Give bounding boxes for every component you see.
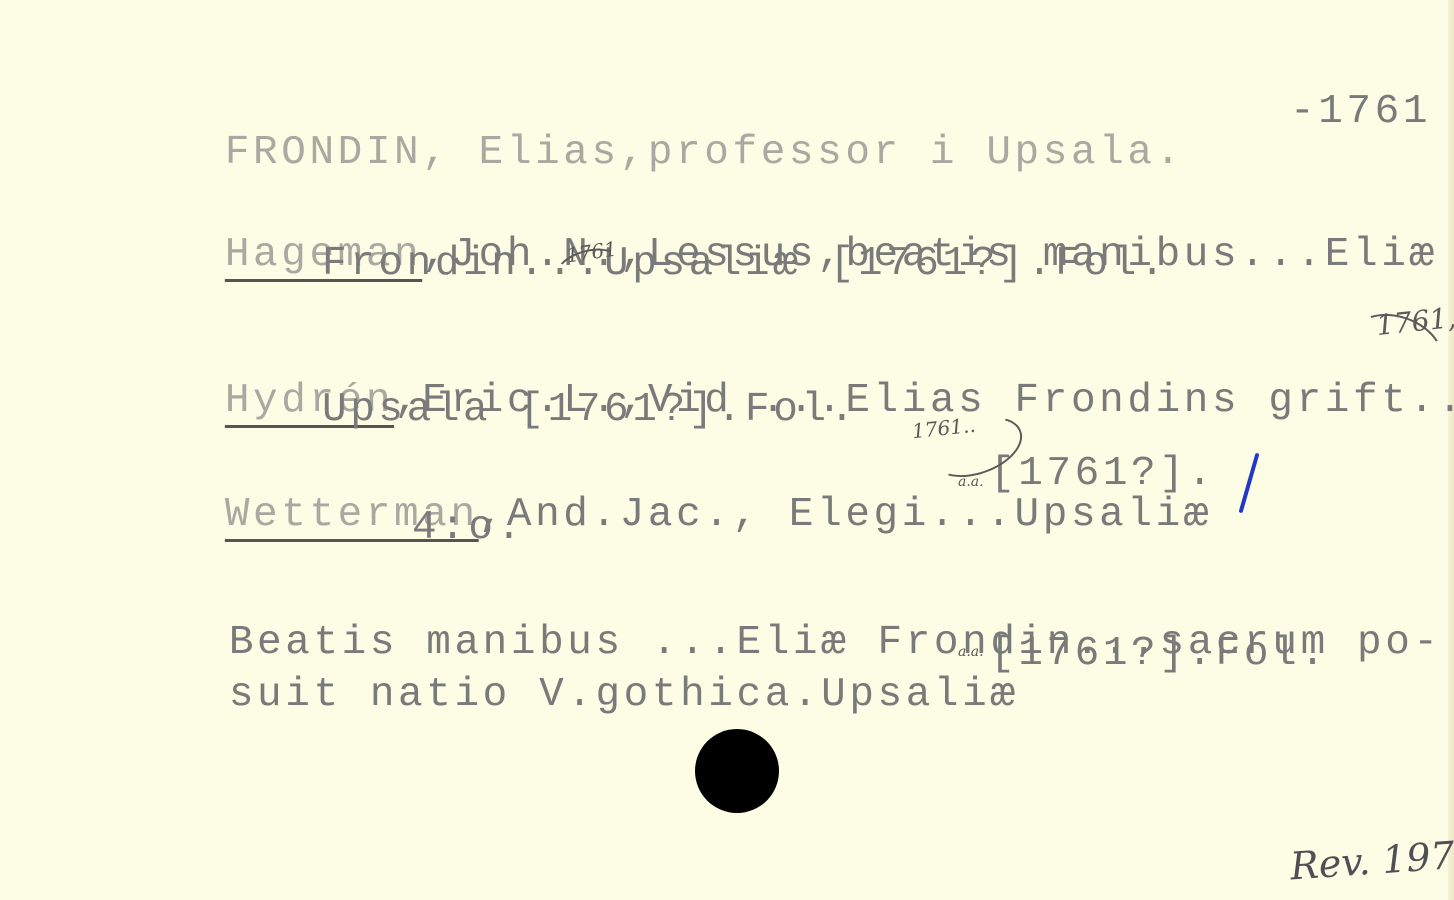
entry-wetterman-line2: 4:o. [412,508,525,549]
entry-hydren-line2: Upsala [1761?].Fol. [322,390,858,431]
entry-hageman-line2: Frondin...Upsaliæ [1761?].Fol. [322,244,1168,285]
heading-rest: Elias,professor i Upsala. [450,130,1183,176]
punch-hole [695,729,779,813]
heading-name: FRONDIN, [225,130,451,176]
entry-wetterman-date: [1761?]. [990,454,1216,495]
catalog-card: FRONDIN, Elias,professor i Upsala. -1761… [0,0,1454,900]
revision-note: Rev. 1970 [1289,831,1454,888]
heading-date: -1761 [1290,92,1431,133]
annotation-aa: a.a. [958,644,984,660]
entry-beatis-line2: suit natio V.gothica.Upsaliæ [116,634,1019,757]
entry-beatis-date: [1761?].Fol. [990,634,1328,675]
